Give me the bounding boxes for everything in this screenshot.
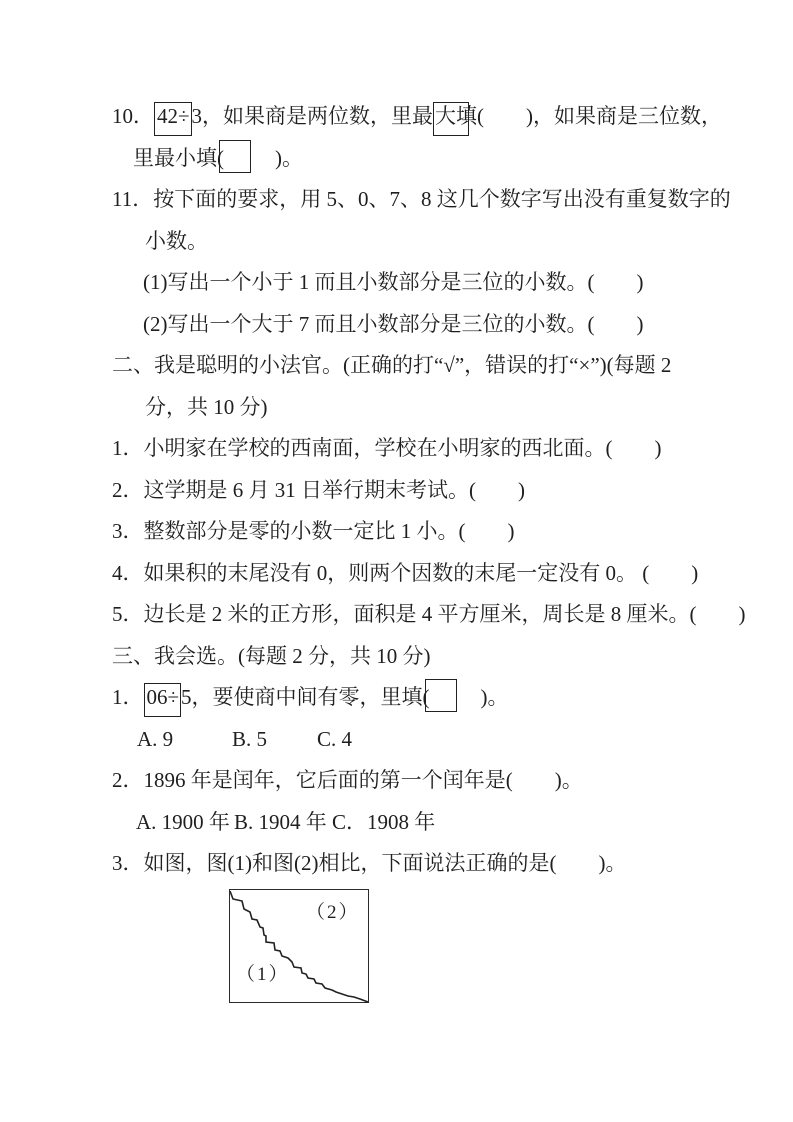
option-c: C．1908 年 bbox=[332, 802, 435, 844]
choice-2-options-row: A. 1900 年B. 1904 年C．1908 年 bbox=[112, 802, 723, 844]
choice-1-number: 1． bbox=[112, 685, 144, 709]
choice-1-text: 5，要使商中间有零，里填( bbox=[181, 685, 430, 709]
tf-item-4-text: 4．如果积的末尾没有 0，则两个因数的末尾一定没有 0。 ( ) bbox=[112, 561, 698, 585]
question-11-text-cont: 小数。 bbox=[145, 229, 208, 253]
boxed-dividend-42: 42÷ bbox=[154, 102, 192, 136]
question-11-line-2: 小数。 bbox=[112, 221, 723, 263]
subitem-2-text: (2)写出一个大于 7 而且小数部分是三位的小数。( ) bbox=[143, 312, 643, 336]
section-2-title-cont: 分，共 10 分) bbox=[145, 395, 268, 419]
tf-item-4: 4．如果积的末尾没有 0，则两个因数的末尾一定没有 0。 ( ) bbox=[112, 553, 723, 595]
tf-item-2: 2．这学期是 6 月 31 日举行期末考试。( ) bbox=[112, 470, 723, 512]
choice-question-2: 2．1896 年是闰年，它后面的第一个闰年是( )。 bbox=[112, 760, 723, 802]
section-2-header-line-2: 分，共 10 分) bbox=[112, 387, 723, 429]
choice-1-text-end: )。 bbox=[460, 685, 509, 709]
option-a: A. 9 bbox=[137, 719, 232, 761]
option-a: A. 1900 年 bbox=[136, 802, 234, 844]
choice-3-text: 3．如图，图(1)和图(2)相比，下面说法正确的是( )。 bbox=[112, 851, 626, 875]
option-b: B. 1904 年 bbox=[234, 802, 332, 844]
tf-item-5: 5．边长是 2 米的正方形，面积是 4 平方厘米，周长是 8 厘米。( ) bbox=[112, 594, 723, 636]
question-10-number: 10． bbox=[112, 104, 154, 128]
choice-question-3: 3．如图，图(1)和图(2)相比，下面说法正确的是( )。 bbox=[112, 843, 723, 885]
question-11-subitem-1: (1)写出一个小于 1 而且小数部分是三位的小数。( ) bbox=[112, 262, 723, 304]
choice-2-text: 2．1896 年是闰年，它后面的第一个闰年是( )。 bbox=[112, 768, 583, 792]
question-10-line2-end: )。 bbox=[254, 146, 303, 170]
tf-item-5-text: 5．边长是 2 米的正方形，面积是 4 平方厘米，周长是 8 厘米。( ) bbox=[112, 602, 745, 626]
answer-blank-box bbox=[219, 140, 251, 173]
figure-label-region-2: （2） bbox=[306, 897, 360, 924]
question-11-text: 11．按下面的要求，用 5、0、7、8 这几个数字写出没有重复数字的 bbox=[112, 187, 731, 211]
boxed-dividend-06: 06÷ bbox=[144, 683, 182, 717]
section-3-title: 三、我会选。(每题 2 分，共 10 分) bbox=[112, 644, 431, 668]
tf-item-3: 3．整数部分是零的小数一定比 1 小。( ) bbox=[112, 511, 723, 553]
question-10-text-mid: 3，如果商是两位数，里最 bbox=[192, 104, 434, 128]
tf-item-2-text: 2．这学期是 6 月 31 日举行期末考试。( ) bbox=[112, 478, 525, 502]
question-11-line-1: 11．按下面的要求，用 5、0、7、8 这几个数字写出没有重复数字的 bbox=[112, 179, 723, 221]
tf-item-3-text: 3．整数部分是零的小数一定比 1 小。( ) bbox=[112, 519, 515, 543]
question-10-line-1: 10．42÷3，如果商是两位数，里最大填( )，如果商是三位数， bbox=[112, 96, 723, 138]
choice-1-options-row: A. 9B. 5C. 4 bbox=[112, 719, 723, 761]
figure-panel: （2） （1） bbox=[229, 889, 369, 1003]
option-c: C. 4 bbox=[317, 719, 352, 761]
subitem-1-text: (1)写出一个小于 1 而且小数部分是三位的小数。( ) bbox=[143, 270, 643, 294]
figure-label-region-1: （1） bbox=[236, 959, 290, 986]
question-11-subitem-2: (2)写出一个大于 7 而且小数部分是三位的小数。( ) bbox=[112, 304, 723, 346]
tf-item-1: 1．小明家在学校的西南面，学校在小明家的西北面。( ) bbox=[112, 428, 723, 470]
answer-blank-box bbox=[425, 679, 457, 712]
question-10-line-2: 里最小填( )。 bbox=[112, 138, 723, 180]
option-b: B. 5 bbox=[232, 719, 317, 761]
worksheet-page: 10．42÷3，如果商是两位数，里最大填( )，如果商是三位数， 里最小填( )… bbox=[0, 0, 793, 1122]
choice-question-1: 1．06÷5，要使商中间有零，里填( )。 bbox=[112, 677, 723, 719]
question-10-text-tail: 填( )，如果商是三位数， bbox=[456, 104, 722, 128]
tf-item-1-text: 1．小明家在学校的西南面，学校在小明家的西北面。( ) bbox=[112, 436, 661, 460]
question-10-line2-text: 里最小填( bbox=[133, 146, 224, 170]
section-3-header: 三、我会选。(每题 2 分，共 10 分) bbox=[112, 636, 723, 678]
section-2-title: 二、我是聪明的小法官。(正确的打“√”，错误的打“×”)(每题 2 bbox=[112, 353, 671, 377]
section-2-header-line-1: 二、我是聪明的小法官。(正确的打“√”，错误的打“×”)(每题 2 bbox=[112, 345, 723, 387]
